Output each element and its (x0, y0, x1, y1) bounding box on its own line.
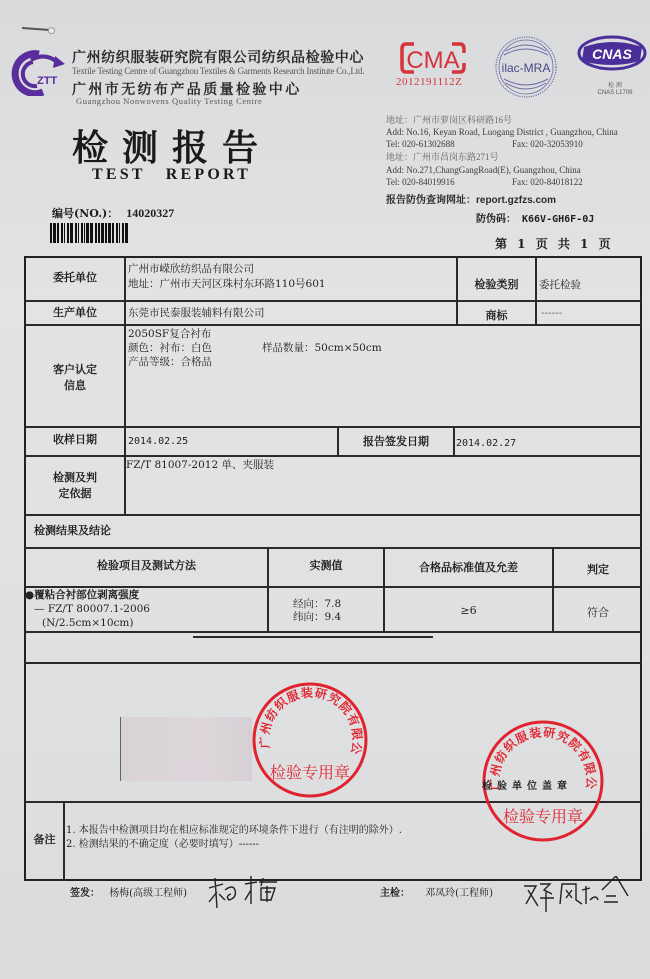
address-2-fax: Fax: 020-84018122 (512, 176, 583, 188)
result-warp: 经向：7.8 (293, 598, 341, 611)
ztt-logo-icon: ZTT (9, 48, 73, 96)
result-item: ●覆粘合衬部位剥离强度 (25, 589, 139, 602)
issue-date-value: 2014.02.27 (456, 437, 516, 450)
svg-text:CNAS: CNAS (592, 46, 632, 62)
verify-url: 报告防伪查询网址：report.gzfzs.com (386, 191, 556, 206)
col-verdict: 判定 (554, 562, 642, 578)
col-measured: 实测值 (269, 558, 383, 574)
receive-date-label: 收样日期 (26, 432, 124, 448)
result-method: — FZ/T 80007.1-2006 (34, 603, 150, 616)
svg-text:ZTT: ZTT (37, 75, 57, 87)
client-name: 广州市嵘欣纺织品有限公司 (128, 263, 254, 276)
col-item-method: 检验项目及测试方法 (26, 558, 267, 574)
basis-value: FZ/T 81007-2012 单、夹服装 (126, 459, 274, 472)
center-name-en: Guangzhou Nonwovens Quality Testing Cent… (76, 96, 262, 106)
inspector-signature-line: 主检： 邓凤玲(工程师) (380, 884, 493, 899)
product-name: 2050SF复合衬布 (128, 328, 211, 341)
result-standard: ≥6 (385, 603, 552, 619)
remark-line-1: 1. 本报告中检测项目均在相应标准规定的环境条件下进行（有注明的除外）. (66, 824, 402, 837)
result-weft: 纬向：9.4 (293, 611, 341, 624)
customer-info-label: 客户认定 信息 (26, 362, 124, 394)
address-2-contact: Tel: 020-84019916 Fax: 020-84018122 (386, 176, 646, 188)
address-2-en: Add: No.271,ChangGangRoad(E), Guangzhou,… (386, 164, 581, 176)
staple-mark (22, 27, 50, 31)
svg-text:ilac-MRA: ilac-MRA (502, 61, 551, 75)
receive-date-value: 2014.02.25 (128, 435, 188, 448)
org-name-en: Textile Testing Centre of Guangzhou Text… (72, 66, 364, 76)
svg-text:检验专用章: 检验专用章 (503, 807, 583, 826)
issuer-handwritten-signature (205, 874, 285, 914)
issue-date-label: 报告签发日期 (339, 434, 453, 450)
ilac-mra-mark-icon: ilac-MRA (492, 35, 560, 99)
whiteout-patch (120, 717, 252, 781)
address-1-tel: Tel: 020-61302688 (386, 139, 455, 149)
address-1-cn: 地址：广州市萝岗区科研路16号 (386, 114, 512, 126)
test-type-label: 检验类别 (458, 277, 535, 293)
barcode (50, 223, 186, 243)
address-1-en: Add: No.16, Keyan Road, Luogang District… (386, 126, 618, 138)
report-number: 编号(NO.)：14020327 (52, 205, 174, 221)
sample-quantity: 样品数量：50cm×50cm (262, 342, 382, 355)
basis-label: 检测及判 定依据 (26, 470, 124, 502)
address-2-tel: Tel: 020-84019916 (386, 177, 455, 187)
inspection-stamp-left: 广州纺织服装研究院有限公司纺织品检验中心 检验专用章 (250, 680, 370, 800)
seal-label: 检验单位盖章 (482, 780, 572, 793)
client-address: 地址：广州市天河区珠村东环路110号601 (128, 278, 326, 291)
cnas-subtext: 检 测 CNAS L1709 (592, 83, 638, 97)
manufacturer-value: 东莞市民泰服装辅料有限公司 (128, 307, 265, 320)
svg-text:广州纺织服装研究院有限公司纺织品检验中心: 广州纺织服装研究院有限公司纺织品检验中心 (250, 680, 364, 756)
cma-number: 2012191112Z (396, 76, 462, 88)
anti-fake-code: 防伪码：K66V-GH6F-0J (476, 210, 594, 225)
manufacturer-label: 生产单位 (26, 305, 124, 321)
address-1-contact: Tel: 020-61302688 Fax: 020-32053910 (386, 138, 646, 150)
address-2-cn: 地址：广州市昌岗东路271号 (386, 151, 499, 163)
report-title-cn: 检测报告 (72, 120, 272, 171)
remark-line-2: 2. 检测结果的不确定度（必要时填写）------ (66, 838, 259, 851)
address-1-fax: Fax: 020-32053910 (512, 138, 583, 150)
results-section-title: 检测结果及结论 (34, 524, 111, 537)
result-verdict: 符合 (554, 605, 642, 621)
brand-value: ------ (541, 307, 562, 320)
cma-mark-icon: CMA (400, 41, 466, 75)
product-grade: 产品等级：合格品 (128, 356, 212, 369)
result-unit: (N/2.5cm×10cm) (42, 617, 133, 630)
brand-label: 商标 (458, 308, 535, 324)
report-title-en: TESTREPORT (92, 166, 251, 184)
col-standard: 合格品标准值及允差 (385, 560, 552, 576)
svg-text:检验专用章: 检验专用章 (270, 763, 350, 782)
svg-text:CMA: CMA (406, 47, 459, 74)
issuer-signature-line: 签发： 杨梅(高级工程师) (70, 884, 187, 899)
cnas-mark-icon: CNAS (576, 33, 648, 73)
org-name-cn: 广州纺织服装研究院有限公司纺织品检验中心 (72, 47, 364, 67)
remarks-label: 备注 (26, 832, 63, 848)
page-indicator: 第 1 页 共 1 页 (495, 235, 614, 252)
product-color: 颜色：衬布：白色 (128, 342, 212, 355)
test-type-value: 委托检验 (539, 279, 581, 292)
inspector-handwritten-signature (520, 876, 630, 916)
client-label: 委托单位 (26, 270, 124, 286)
